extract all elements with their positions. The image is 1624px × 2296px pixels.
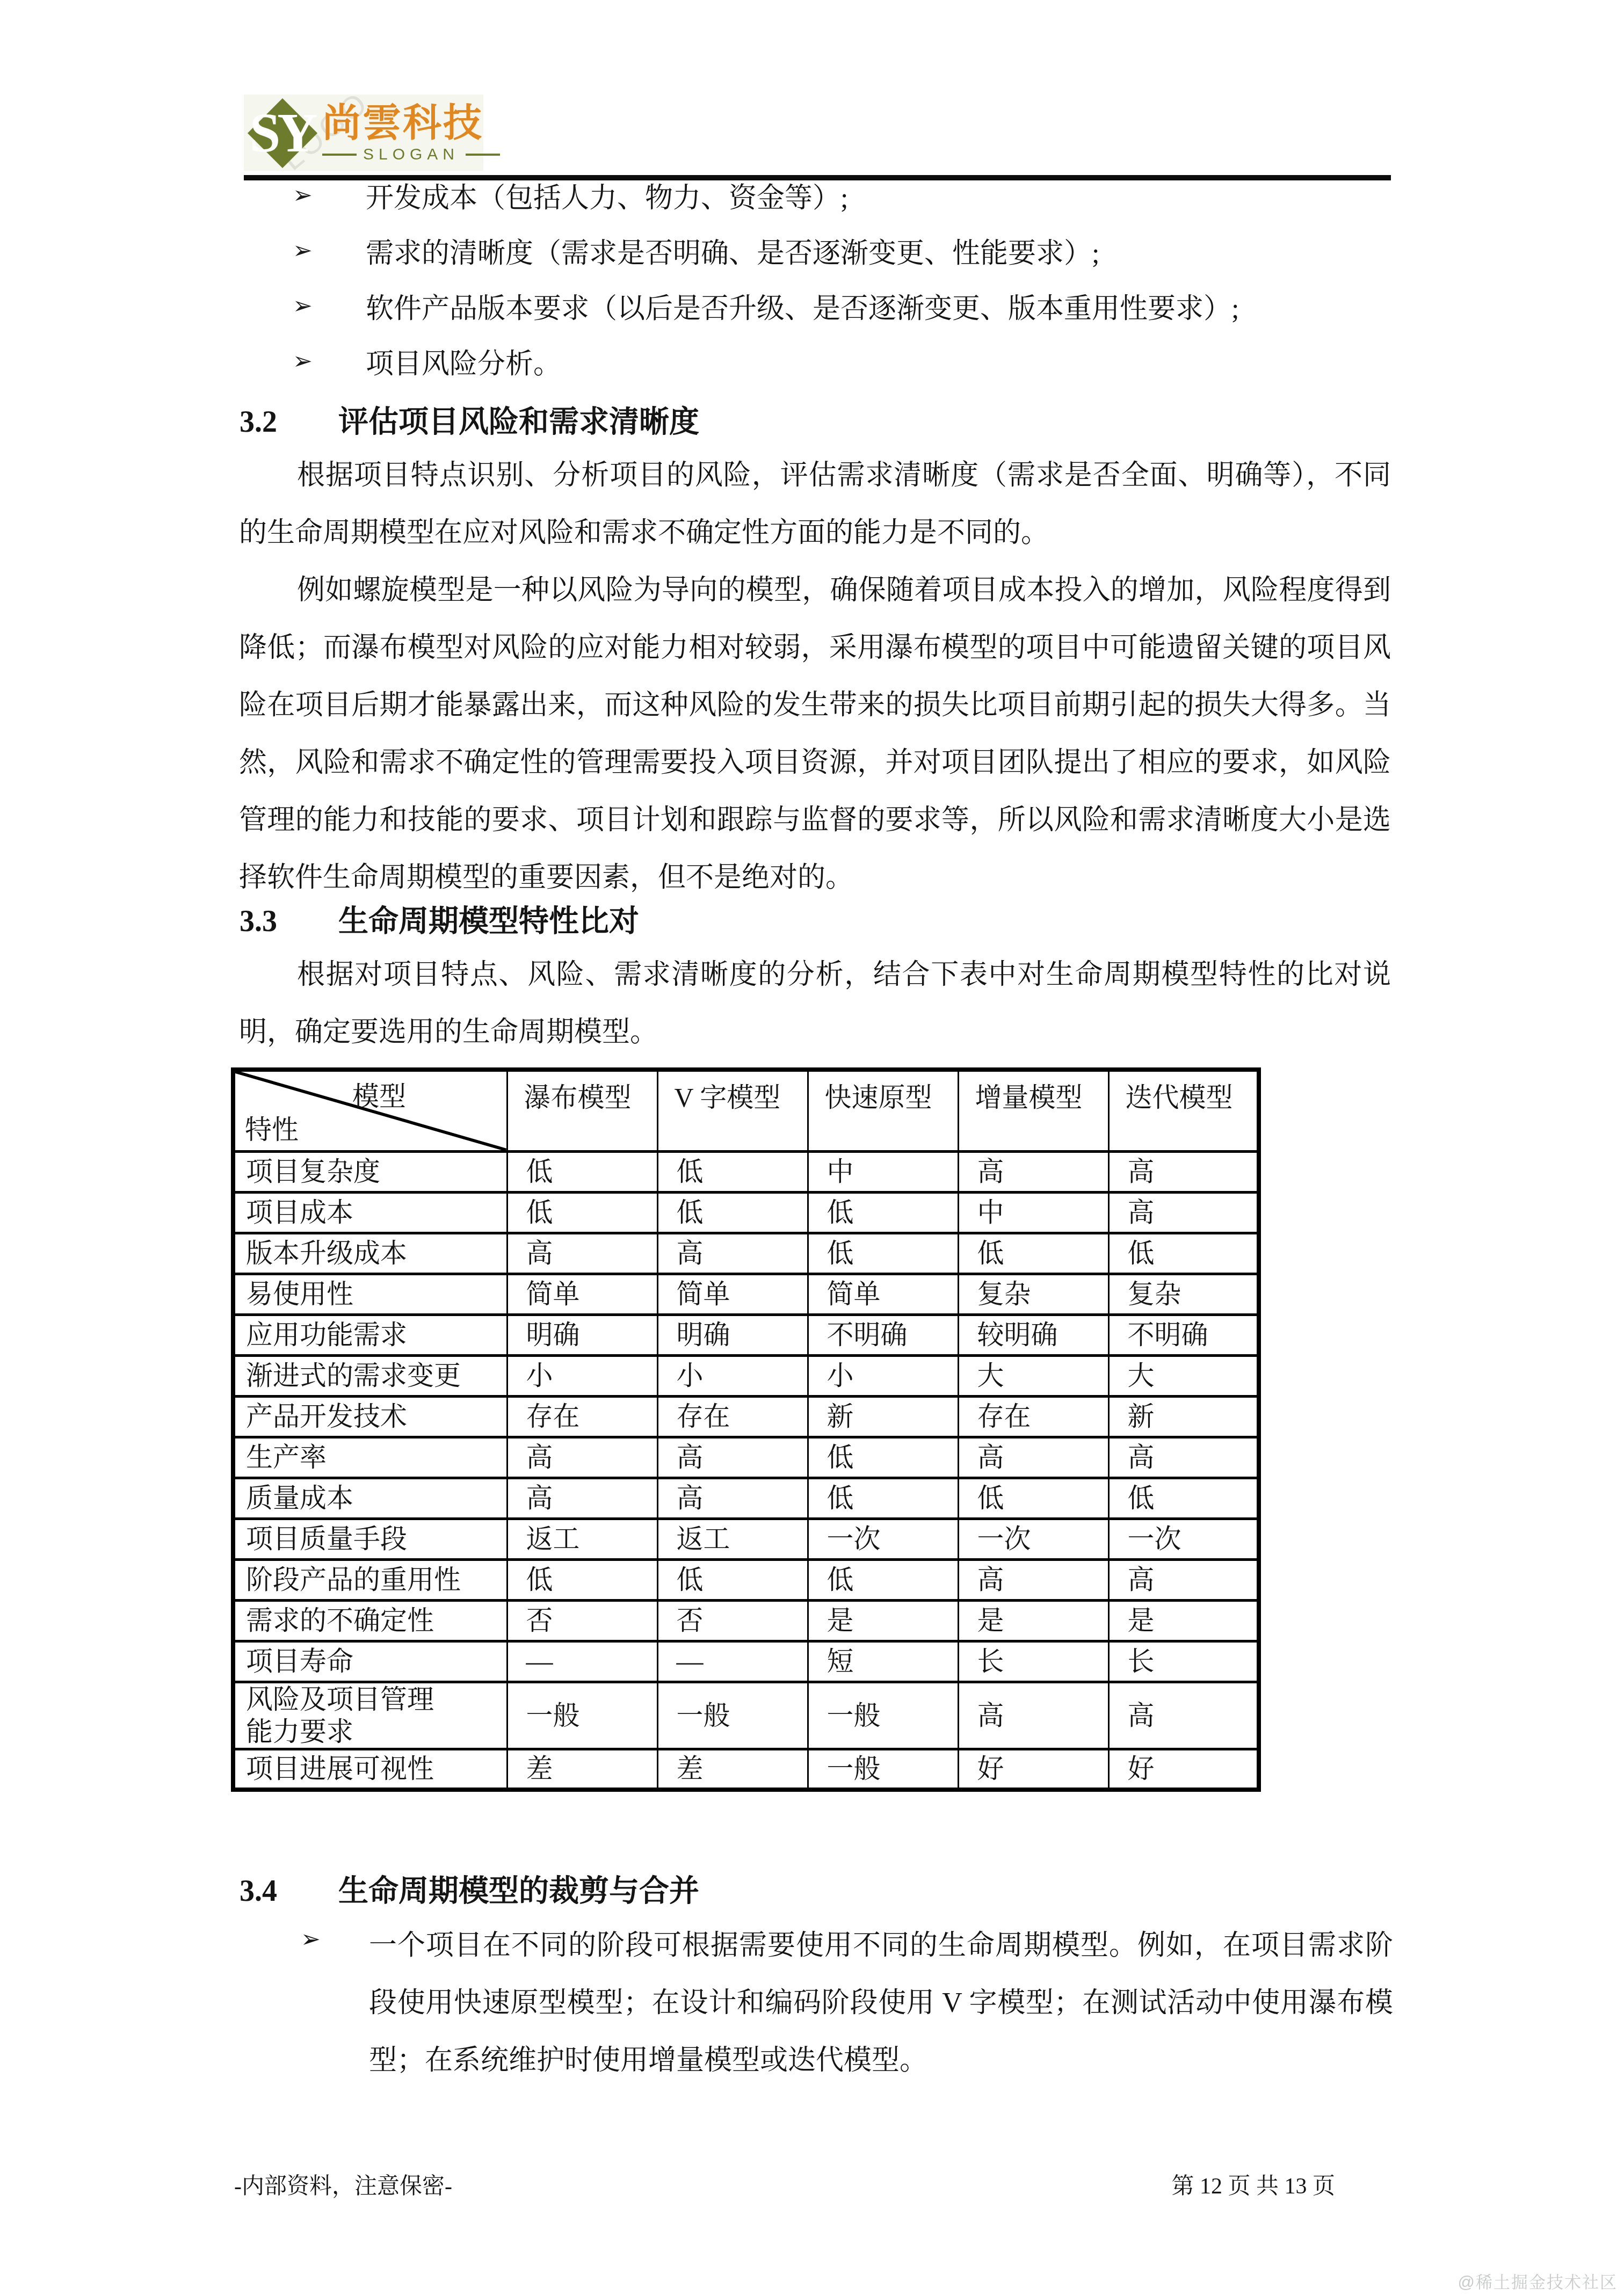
value-cell: — <box>507 1641 657 1682</box>
value-cell: 不明确 <box>1108 1314 1259 1355</box>
column-header: 瀑布模型 <box>507 1070 657 1151</box>
value-cell: 低 <box>808 1437 958 1478</box>
value-cell: 大 <box>1108 1355 1259 1396</box>
paragraph: 例如螺旋模型是一种以风险为导向的模型，确保随着项目成本投入的增加，风险程度得到降… <box>239 562 1391 906</box>
bullet-text: 项目风险分析。 <box>366 341 561 381</box>
value-cell: 高 <box>1108 1559 1259 1600</box>
value-cell: 低 <box>958 1233 1108 1274</box>
logo-initials: SY <box>244 95 320 171</box>
value-cell: 返工 <box>657 1518 808 1559</box>
table-row: 项目复杂度低低中高高 <box>233 1151 1259 1192</box>
feature-cell: 风险及项目管理 能力要求 <box>233 1682 507 1749</box>
feature-cell: 项目进展可视性 <box>233 1749 507 1790</box>
corner-label-feature: 特性 <box>245 1114 299 1146</box>
logo-diamond: SY <box>244 95 320 171</box>
brand-slogan-row: SLOGAN <box>322 146 500 164</box>
footer-page-number: 第 12 页 共 13 页 <box>1171 2168 1335 2200</box>
value-cell: 差 <box>507 1749 657 1790</box>
table-row: 版本升级成本高高低低低 <box>233 1233 1259 1274</box>
slogan-right-line <box>466 154 500 156</box>
value-cell: 高 <box>1108 1682 1259 1749</box>
value-cell: 小 <box>507 1355 657 1396</box>
value-cell: 简单 <box>507 1274 657 1314</box>
value-cell: 高 <box>1108 1192 1259 1233</box>
table-header-row: 模型 特性 瀑布模型 V 字模型 快速原型 增量模型 迭代模型 <box>233 1070 1259 1151</box>
bullet-item: ➢ 软件产品版本要求（以后是否升级、是否逐渐变更、版本重用性要求）; <box>293 278 1239 333</box>
value-cell: 复杂 <box>1108 1274 1259 1314</box>
bullet-item: ➢ 项目风险分析。 <box>293 333 1239 389</box>
table-row: 阶段产品的重用性低低低高高 <box>233 1559 1259 1600</box>
feature-cell: 项目质量手段 <box>233 1518 507 1559</box>
bullet-text: 一个项目在不同的阶段可根据需要使用不同的生命周期模型。例如，在项目需求阶段使用快… <box>369 1917 1393 2089</box>
value-cell: 高 <box>1108 1437 1259 1478</box>
value-cell: 一次 <box>1108 1518 1259 1559</box>
value-cell: 明确 <box>657 1314 808 1355</box>
value-cell: 短 <box>808 1641 958 1682</box>
arrow-bullet-icon: ➢ <box>293 347 366 375</box>
value-cell: 高 <box>958 1682 1108 1749</box>
value-cell: 好 <box>958 1749 1108 1790</box>
section-heading-3-4: 3.4生命周期模型的裁剪与合并 <box>240 1871 699 1912</box>
value-cell: 低 <box>507 1559 657 1600</box>
paragraph: 根据项目特点识别、分析项目的风险，评估需求清晰度（需求是否全面、明确等），不同的… <box>239 447 1391 562</box>
value-cell: 新 <box>808 1396 958 1437</box>
feature-cell: 易使用性 <box>233 1274 507 1314</box>
feature-cell: 需求的不确定性 <box>233 1600 507 1641</box>
value-cell: 长 <box>1108 1641 1259 1682</box>
feature-cell: 质量成本 <box>233 1478 507 1518</box>
value-cell: 高 <box>657 1437 808 1478</box>
lifecycle-comparison-table: 模型 特性 瀑布模型 V 字模型 快速原型 增量模型 迭代模型 项目复杂度低低中… <box>231 1067 1261 1792</box>
value-cell: 明确 <box>507 1314 657 1355</box>
value-cell: 不明确 <box>808 1314 958 1355</box>
heading-title: 评估项目风险和需求清晰度 <box>338 405 699 439</box>
paragraph: 根据对项目特点、风险、需求清晰度的分析，结合下表中对生命周期模型特性的比对说明，… <box>239 946 1391 1061</box>
corner-label-model: 模型 <box>352 1080 406 1113</box>
table-row: 产品开发技术存在存在新存在新 <box>233 1396 1259 1437</box>
value-cell: 低 <box>507 1192 657 1233</box>
arrow-bullet-icon: ➢ <box>301 1926 321 1953</box>
feature-cell: 项目复杂度 <box>233 1151 507 1192</box>
table-row: 项目成本低低低中高 <box>233 1192 1259 1233</box>
value-cell: 是 <box>958 1600 1108 1641</box>
feature-cell: 项目寿命 <box>233 1641 507 1682</box>
heading-number: 3.4 <box>240 1871 338 1912</box>
column-header: 增量模型 <box>958 1070 1108 1151</box>
value-cell: 高 <box>958 1151 1108 1192</box>
feature-cell: 项目成本 <box>233 1192 507 1233</box>
bullet-text: 开发成本（包括人力、物力、资金等）; <box>366 175 848 215</box>
arrow-bullet-icon: ➢ <box>293 181 366 209</box>
document-page: LOGO SY 尚雲科技 SLOGAN ➢ 开发成本（包括人力、物力、资金等）;… <box>0 0 1624 2296</box>
value-cell: 长 <box>958 1641 1108 1682</box>
value-cell: 高 <box>958 1559 1108 1600</box>
column-header: V 字模型 <box>657 1070 808 1151</box>
heading-title: 生命周期模型的裁剪与合并 <box>338 1874 699 1908</box>
value-cell: 新 <box>1108 1396 1259 1437</box>
table-row: 易使用性简单简单简单复杂复杂 <box>233 1274 1259 1314</box>
value-cell: 高 <box>507 1437 657 1478</box>
page-footer: -内部资料，注意保密- 第 12 页 共 13 页 <box>234 2168 1335 2200</box>
table-row: 项目寿命——短长长 <box>233 1641 1259 1682</box>
value-cell: 否 <box>507 1600 657 1641</box>
value-cell: 低 <box>657 1151 808 1192</box>
value-cell: 低 <box>657 1192 808 1233</box>
table-row: 风险及项目管理 能力要求一般一般一般高高 <box>233 1682 1259 1749</box>
bullet-text: 软件产品版本要求（以后是否升级、是否逐渐变更、版本重用性要求）; <box>366 286 1239 326</box>
value-cell: 小 <box>657 1355 808 1396</box>
table-row: 生产率高高低高高 <box>233 1437 1259 1478</box>
heading-title: 生命周期模型特性比对 <box>338 905 639 938</box>
value-cell: 中 <box>958 1192 1108 1233</box>
intro-bullet-list: ➢ 开发成本（包括人力、物力、资金等）; ➢ 需求的清晰度（需求是否明确、是否逐… <box>293 168 1239 389</box>
feature-cell: 渐进式的需求变更 <box>233 1355 507 1396</box>
value-cell: 好 <box>1108 1749 1259 1790</box>
logo-text-block: 尚雲科技 SLOGAN <box>322 101 500 164</box>
value-cell: 高 <box>1108 1151 1259 1192</box>
value-cell: 一般 <box>507 1682 657 1749</box>
feature-cell: 应用功能需求 <box>233 1314 507 1355</box>
value-cell: 高 <box>507 1233 657 1274</box>
value-cell: 否 <box>657 1600 808 1641</box>
value-cell: 低 <box>808 1233 958 1274</box>
table-row: 需求的不确定性否否是是是 <box>233 1600 1259 1641</box>
value-cell: 简单 <box>657 1274 808 1314</box>
column-header: 快速原型 <box>808 1070 958 1151</box>
value-cell: 一般 <box>808 1682 958 1749</box>
value-cell: 小 <box>808 1355 958 1396</box>
value-cell: 复杂 <box>958 1274 1108 1314</box>
site-watermark: @稀土掘金技术社区 <box>1458 2269 1618 2293</box>
table-row: 项目进展可视性差差一般好好 <box>233 1749 1259 1790</box>
arrow-bullet-icon: ➢ <box>293 237 366 264</box>
value-cell: 中 <box>808 1151 958 1192</box>
value-cell: 一般 <box>808 1749 958 1790</box>
bullet-item: ➢ 开发成本（包括人力、物力、资金等）; <box>293 168 1239 223</box>
company-logo: LOGO SY 尚雲科技 SLOGAN <box>244 95 483 171</box>
table-row: 质量成本高高低低低 <box>233 1478 1259 1518</box>
feature-cell: 版本升级成本 <box>233 1233 507 1274</box>
value-cell: 低 <box>808 1192 958 1233</box>
feature-cell: 生产率 <box>233 1437 507 1478</box>
value-cell: 低 <box>507 1151 657 1192</box>
value-cell: 高 <box>507 1478 657 1518</box>
value-cell: 大 <box>958 1355 1108 1396</box>
brand-name: 尚雲科技 <box>322 101 500 144</box>
arrow-bullet-icon: ➢ <box>293 292 366 319</box>
value-cell: 差 <box>657 1749 808 1790</box>
table-row: 项目质量手段返工返工一次一次一次 <box>233 1518 1259 1559</box>
feature-cell: 阶段产品的重用性 <box>233 1559 507 1600</box>
heading-number: 3.3 <box>240 901 338 942</box>
value-cell: 高 <box>958 1437 1108 1478</box>
value-cell: 存在 <box>507 1396 657 1437</box>
value-cell: 低 <box>808 1559 958 1600</box>
value-cell: 存在 <box>657 1396 808 1437</box>
value-cell: 一般 <box>657 1682 808 1749</box>
bullet-item: ➢ 需求的清晰度（需求是否明确、是否逐渐变更、性能要求）; <box>293 223 1239 278</box>
section-heading-3-2: 3.2评估项目风险和需求清晰度 <box>240 402 699 442</box>
value-cell: 低 <box>958 1478 1108 1518</box>
value-cell: 低 <box>657 1559 808 1600</box>
slogan-left-line <box>322 154 357 156</box>
value-cell: 是 <box>808 1600 958 1641</box>
value-cell: 一次 <box>958 1518 1108 1559</box>
footer-confidential-note: -内部资料，注意保密- <box>234 2168 452 2200</box>
value-cell: 是 <box>1108 1600 1259 1641</box>
section-3-4-bullet: ➢ 一个项目在不同的阶段可根据需要使用不同的生命周期模型。例如，在项目需求阶段使… <box>301 1917 1393 2089</box>
value-cell: 返工 <box>507 1518 657 1559</box>
table-body: 项目复杂度低低中高高项目成本低低低中高版本升级成本高高低低低易使用性简单简单简单… <box>233 1151 1259 1790</box>
value-cell: 低 <box>1108 1233 1259 1274</box>
bullet-text: 需求的清晰度（需求是否明确、是否逐渐变更、性能要求）; <box>366 230 1099 271</box>
value-cell: — <box>657 1641 808 1682</box>
column-header: 迭代模型 <box>1108 1070 1259 1151</box>
feature-cell: 产品开发技术 <box>233 1396 507 1437</box>
table-row: 渐进式的需求变更小小小大大 <box>233 1355 1259 1396</box>
heading-number: 3.2 <box>240 402 338 442</box>
value-cell: 高 <box>657 1478 808 1518</box>
brand-slogan: SLOGAN <box>363 146 459 164</box>
value-cell: 高 <box>657 1233 808 1274</box>
value-cell: 一次 <box>808 1518 958 1559</box>
value-cell: 较明确 <box>958 1314 1108 1355</box>
value-cell: 低 <box>808 1478 958 1518</box>
table-corner-cell: 模型 特性 <box>233 1070 507 1151</box>
value-cell: 低 <box>1108 1478 1259 1518</box>
value-cell: 存在 <box>958 1396 1108 1437</box>
value-cell: 简单 <box>808 1274 958 1314</box>
table-row: 应用功能需求明确明确不明确较明确不明确 <box>233 1314 1259 1355</box>
section-heading-3-3: 3.3生命周期模型特性比对 <box>240 901 639 942</box>
